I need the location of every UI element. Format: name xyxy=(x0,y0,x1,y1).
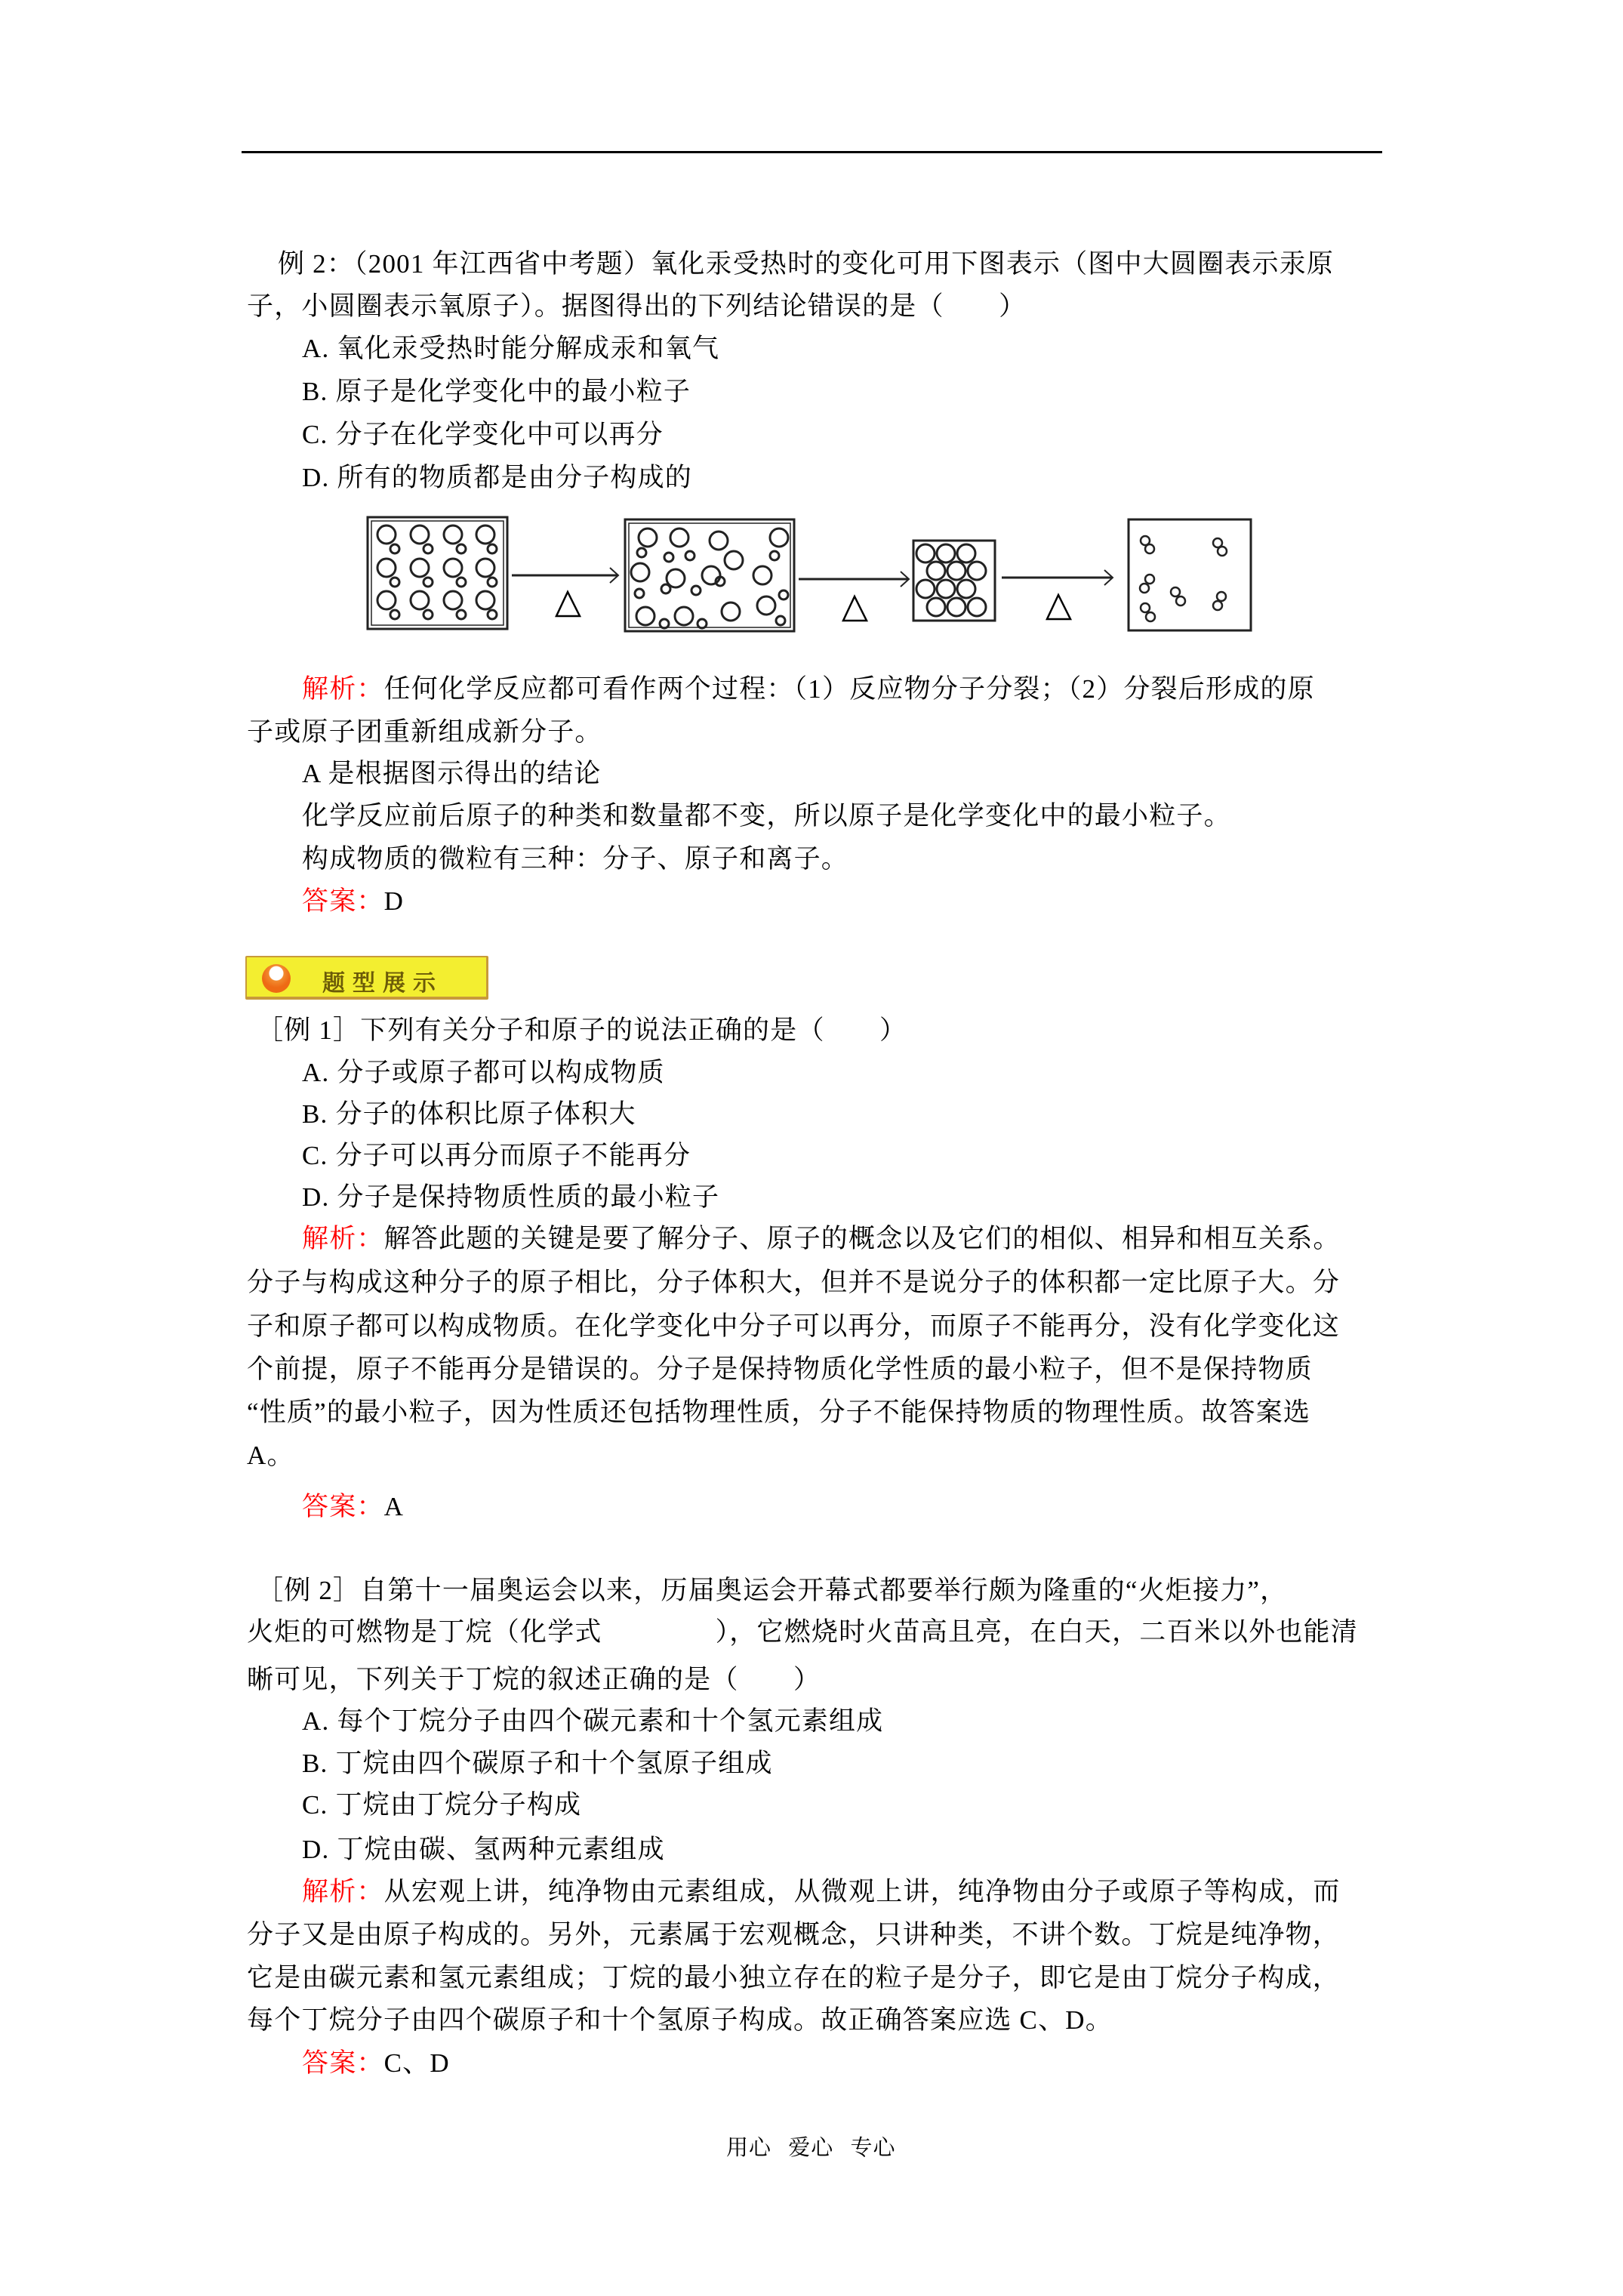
example1-analysis-line4: 个前提，原子不能再分是错误的。分子是保持物质化学性质的最小粒子，但不是保持物质 xyxy=(247,1354,1390,1385)
example2-analysis-line3: 它是由碳元素和氢元素组成；丁烷的最小独立存在的粒子是分子，即它是由丁烷分子构成， xyxy=(247,1963,1390,1993)
example-old2-option-b: B. 原子是化学变化中的最小粒子 xyxy=(302,377,1446,407)
separated-atoms-box xyxy=(625,519,794,631)
answer-label: 答案： xyxy=(302,2048,384,2078)
answer-label: 答案： xyxy=(302,1492,384,1521)
example2-stem-line2: 火炬的可燃物是丁烷（化学式），它燃烧时火苗高且亮，在白天，二百米以外也能清 xyxy=(247,1617,1390,1647)
section-banner: 题型展示 xyxy=(245,956,488,1000)
example1-analysis-line5: “性质”的最小粒子，因为性质还包括物理性质，分子不能保持物质的物理性质。故答案选 xyxy=(247,1398,1390,1428)
example2-option-c: C. 丁烷由丁烷分子构成 xyxy=(302,1790,1446,1820)
example1-option-c: C. 分子可以再分而原子不能再分 xyxy=(302,1141,1446,1171)
oxygen-molecules-box xyxy=(1129,519,1251,630)
analysis-label: 解析： xyxy=(302,674,384,704)
example2-stem-line1: ［例 2］自第十一届奥运会以来，历届奥运会开幕式都要举行颇为隆重的“火炬接力”， xyxy=(257,1576,1400,1606)
example-old2-stem-line1: 例 2：（2001 年江西省中考题）氧化汞受热时的变化可用下图表示（图中大圆圈表… xyxy=(278,249,1421,279)
orange-circle-icon xyxy=(262,964,291,993)
example2-analysis-line2: 分子又是由原子构成的。另外，元素属于宏观概念，只讲种类，不讲个数。丁烷是纯净物， xyxy=(247,1920,1390,1950)
example1-answer: 答案：A xyxy=(302,1492,1446,1522)
example1-stem: ［例 1］下列有关分子和原子的说法正确的是（ ） xyxy=(257,1015,1400,1046)
example2-option-d: D. 丁烷由碳、氢两种元素组成 xyxy=(302,1835,1446,1865)
example-old2-analysis-line4: 化学反应前后原子的种类和数量都不变，所以原子是化学变化中的最小粒子。 xyxy=(302,801,1446,831)
example-old2-option-d: D. 所有的物质都是由分子构成的 xyxy=(302,463,1446,493)
answer-label: 答案： xyxy=(302,886,384,916)
example1-analysis-line6: A。 xyxy=(247,1441,1390,1471)
header-rule xyxy=(242,151,1382,153)
example-old2-analysis-line2: 子或原子团重新组成新分子。 xyxy=(247,717,1390,747)
example1-analysis-line1: 解析：解答此题的关键是要了解分子、原子的概念以及它们的相似、相异和相互关系。 xyxy=(302,1224,1446,1254)
example2-analysis-line4: 每个丁烷分子由四个碳原子和十个氢原子构成。故正确答案应选 C、D。 xyxy=(247,2005,1390,2036)
example1-analysis-line3: 子和原子都可以构成物质。在化学变化中分子可以再分，而原子不能再分，没有化学变化这 xyxy=(247,1311,1390,1342)
example-old2-option-a: A. 氧化汞受热时能分解成汞和氧气 xyxy=(302,334,1446,364)
example1-analysis-line2: 分子与构成这种分子的原子相比，分子体积大，但并不是说分子的体积都一定比原子大。分 xyxy=(247,1268,1390,1298)
example2-option-a: A. 每个丁烷分子由四个碳元素和十个氢元素组成 xyxy=(302,1706,1446,1737)
example-old2-stem-line2: 子，小圆圈表示氧原子）。据图得出的下列结论错误的是（ ） xyxy=(247,291,1390,322)
page-footer: 用心 爱心 专心 xyxy=(726,2131,896,2162)
example1-option-d: D. 分子是保持物质性质的最小粒子 xyxy=(302,1182,1446,1213)
example-old2-analysis-line5: 构成物质的微粒有三种：分子、原子和离子。 xyxy=(302,844,1446,874)
analysis-label: 解析： xyxy=(302,1224,384,1253)
example1-option-a: A. 分子或原子都可以构成物质 xyxy=(302,1058,1446,1088)
heat-symbols xyxy=(556,592,1070,621)
example-old2-analysis-line1: 解析：任何化学反应都可看作两个过程：（1）反应物分子分裂；（2）分裂后形成的原 xyxy=(302,674,1446,704)
example2-stem-line3: 晰可见，下列关于丁烷的叙述正确的是（ ） xyxy=(247,1665,1390,1695)
answer-value: D xyxy=(384,886,404,916)
example2-answer: 答案：C、D xyxy=(302,2048,1446,2079)
packed-mercury-box xyxy=(913,541,995,621)
banner-label: 题型展示 xyxy=(322,964,443,997)
example-old2-analysis-line3: A 是根据图示得出的结论 xyxy=(302,759,1446,789)
example2-option-b: B. 丁烷由四个碳原子和十个氢原子组成 xyxy=(302,1749,1446,1779)
hgo-molecules-box xyxy=(368,517,507,629)
example1-option-b: B. 分子的体积比原子体积大 xyxy=(302,1099,1446,1130)
answer-value: A xyxy=(384,1492,404,1521)
answer-value: C、D xyxy=(384,2048,450,2078)
example-old2-option-c: C. 分子在化学变化中可以再分 xyxy=(302,420,1446,450)
example2-analysis-line1: 解析：从宏观上讲，纯净物由元素组成，从微观上讲，纯净物由分子或原子等构成，而 xyxy=(302,1877,1446,1907)
analysis-label: 解析： xyxy=(302,1877,384,1906)
mercury-oxide-decomposition-diagram xyxy=(355,513,1261,642)
example-old2-answer: 答案：D xyxy=(302,886,1446,917)
